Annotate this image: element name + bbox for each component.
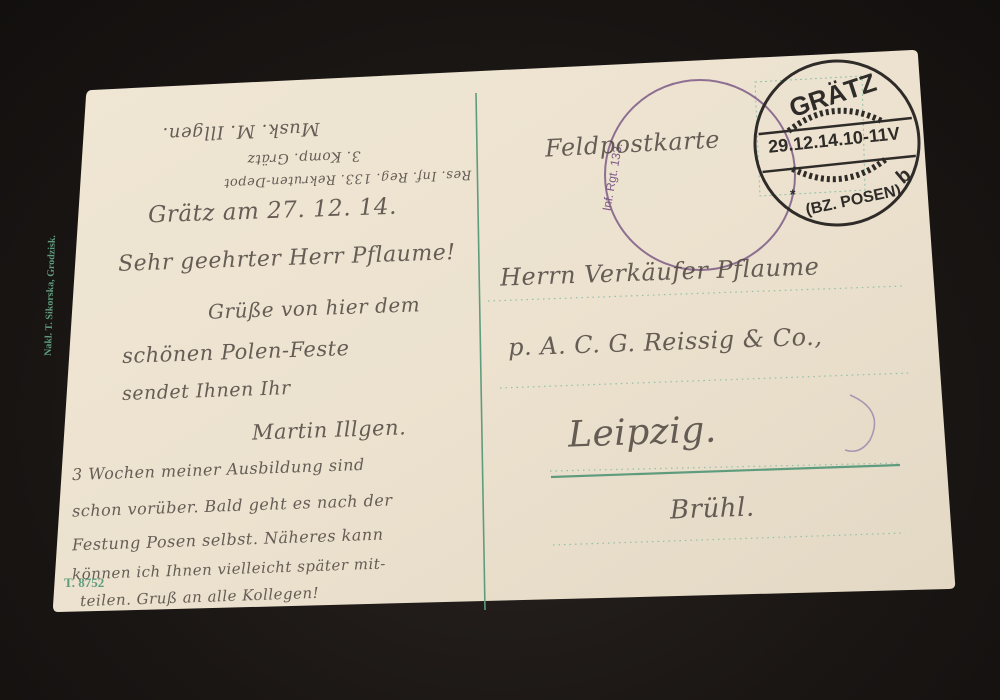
address-street: Brühl. [670,493,756,526]
address-city: Leipzig. [567,409,717,455]
photo-scene: GRÄTZ 29.12.14.10-11V (BZ. POSEN) * b In… [0,0,1000,700]
sender-line: 3. Komp. Grätz [247,147,361,167]
sender-line: Musk. M. Illgen. [162,118,320,144]
postmark-star: * [790,186,795,202]
sender-block: Res. Inf. Reg. 133. Rekruten-Depot Ers. … [103,82,471,195]
